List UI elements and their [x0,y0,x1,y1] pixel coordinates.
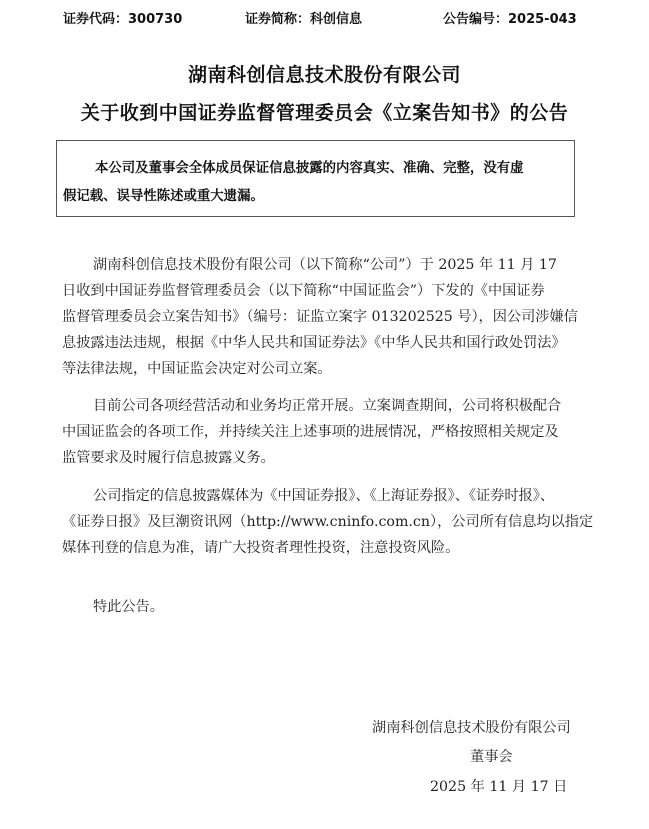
closing-statement: 特此公告。 [93,596,164,616]
paragraph-line: 监管要求及时履行信息披露义务。 [62,447,275,467]
paragraph-line: 目前公司各项经营活动和业务均正常开展。立案调查期间，公司将积极配合 [93,395,561,415]
company-title: 湖南科创信息技术股份有限公司 [0,60,649,87]
document-header: 证券代码：300730 证券简称：科创信息 公告编号：2025-043 [0,6,649,28]
paragraph-line: 日收到中国证券监督管理委员会（以下简称“中国证监会”）下发的《中国证券 [62,280,545,300]
signature-company: 湖南科创信息技术股份有限公司 [372,717,571,737]
stock-code: 证券代码：300730 [63,8,182,27]
announcement-title: 关于收到中国证券监督管理委员会《立案告知书》的公告 [0,98,649,125]
disclaimer-line: 假记载、误导性陈述或重大遗漏。 [63,185,264,204]
signature-date: 2025 年 11 月 17 日 [430,776,567,796]
disclaimer-line: 本公司及董事会全体成员保证信息披露的内容真实、准确、完整，没有虚 [95,157,524,176]
paragraph-line: 息披露违法违规，根据《中华人民共和国证券法》《中华人民共和国行政处罚法》 [62,332,566,352]
paragraph-line: 中国证监会的各项工作，并持续关注上述事项的进展情况，严格按照相关规定及 [62,421,559,441]
stock-short-name: 证券简称：科创信息 [245,8,362,27]
paragraph-line: 监督管理委员会立案告知书》（编号：证监立案字 013202525 号），因公司涉… [62,306,578,326]
paragraph-line: 公司指定的信息披露媒体为《中国证券报》、《上海证券报》、《证券时报》、 [93,485,554,505]
announcement-number: 公告编号：2025-043 [443,8,577,27]
paragraph-line: 《证券日报》及巨潮资讯网（http://www.cninfo.com.cn），公… [62,511,593,531]
disclaimer-box: 本公司及董事会全体成员保证信息披露的内容真实、准确、完整，没有虚 假记载、误导性… [56,140,575,217]
paragraph-line: 媒体刊登的信息为准，请广大投资者理性投资，注意投资风险。 [62,537,459,557]
paragraph-line: 等法律法规，中国证监会决定对公司立案。 [62,358,332,378]
paragraph-line: 湖南科创信息技术股份有限公司（以下简称“公司”）于 2025 年 11 月 17 [93,254,557,274]
signature-board: 董事会 [470,746,513,766]
